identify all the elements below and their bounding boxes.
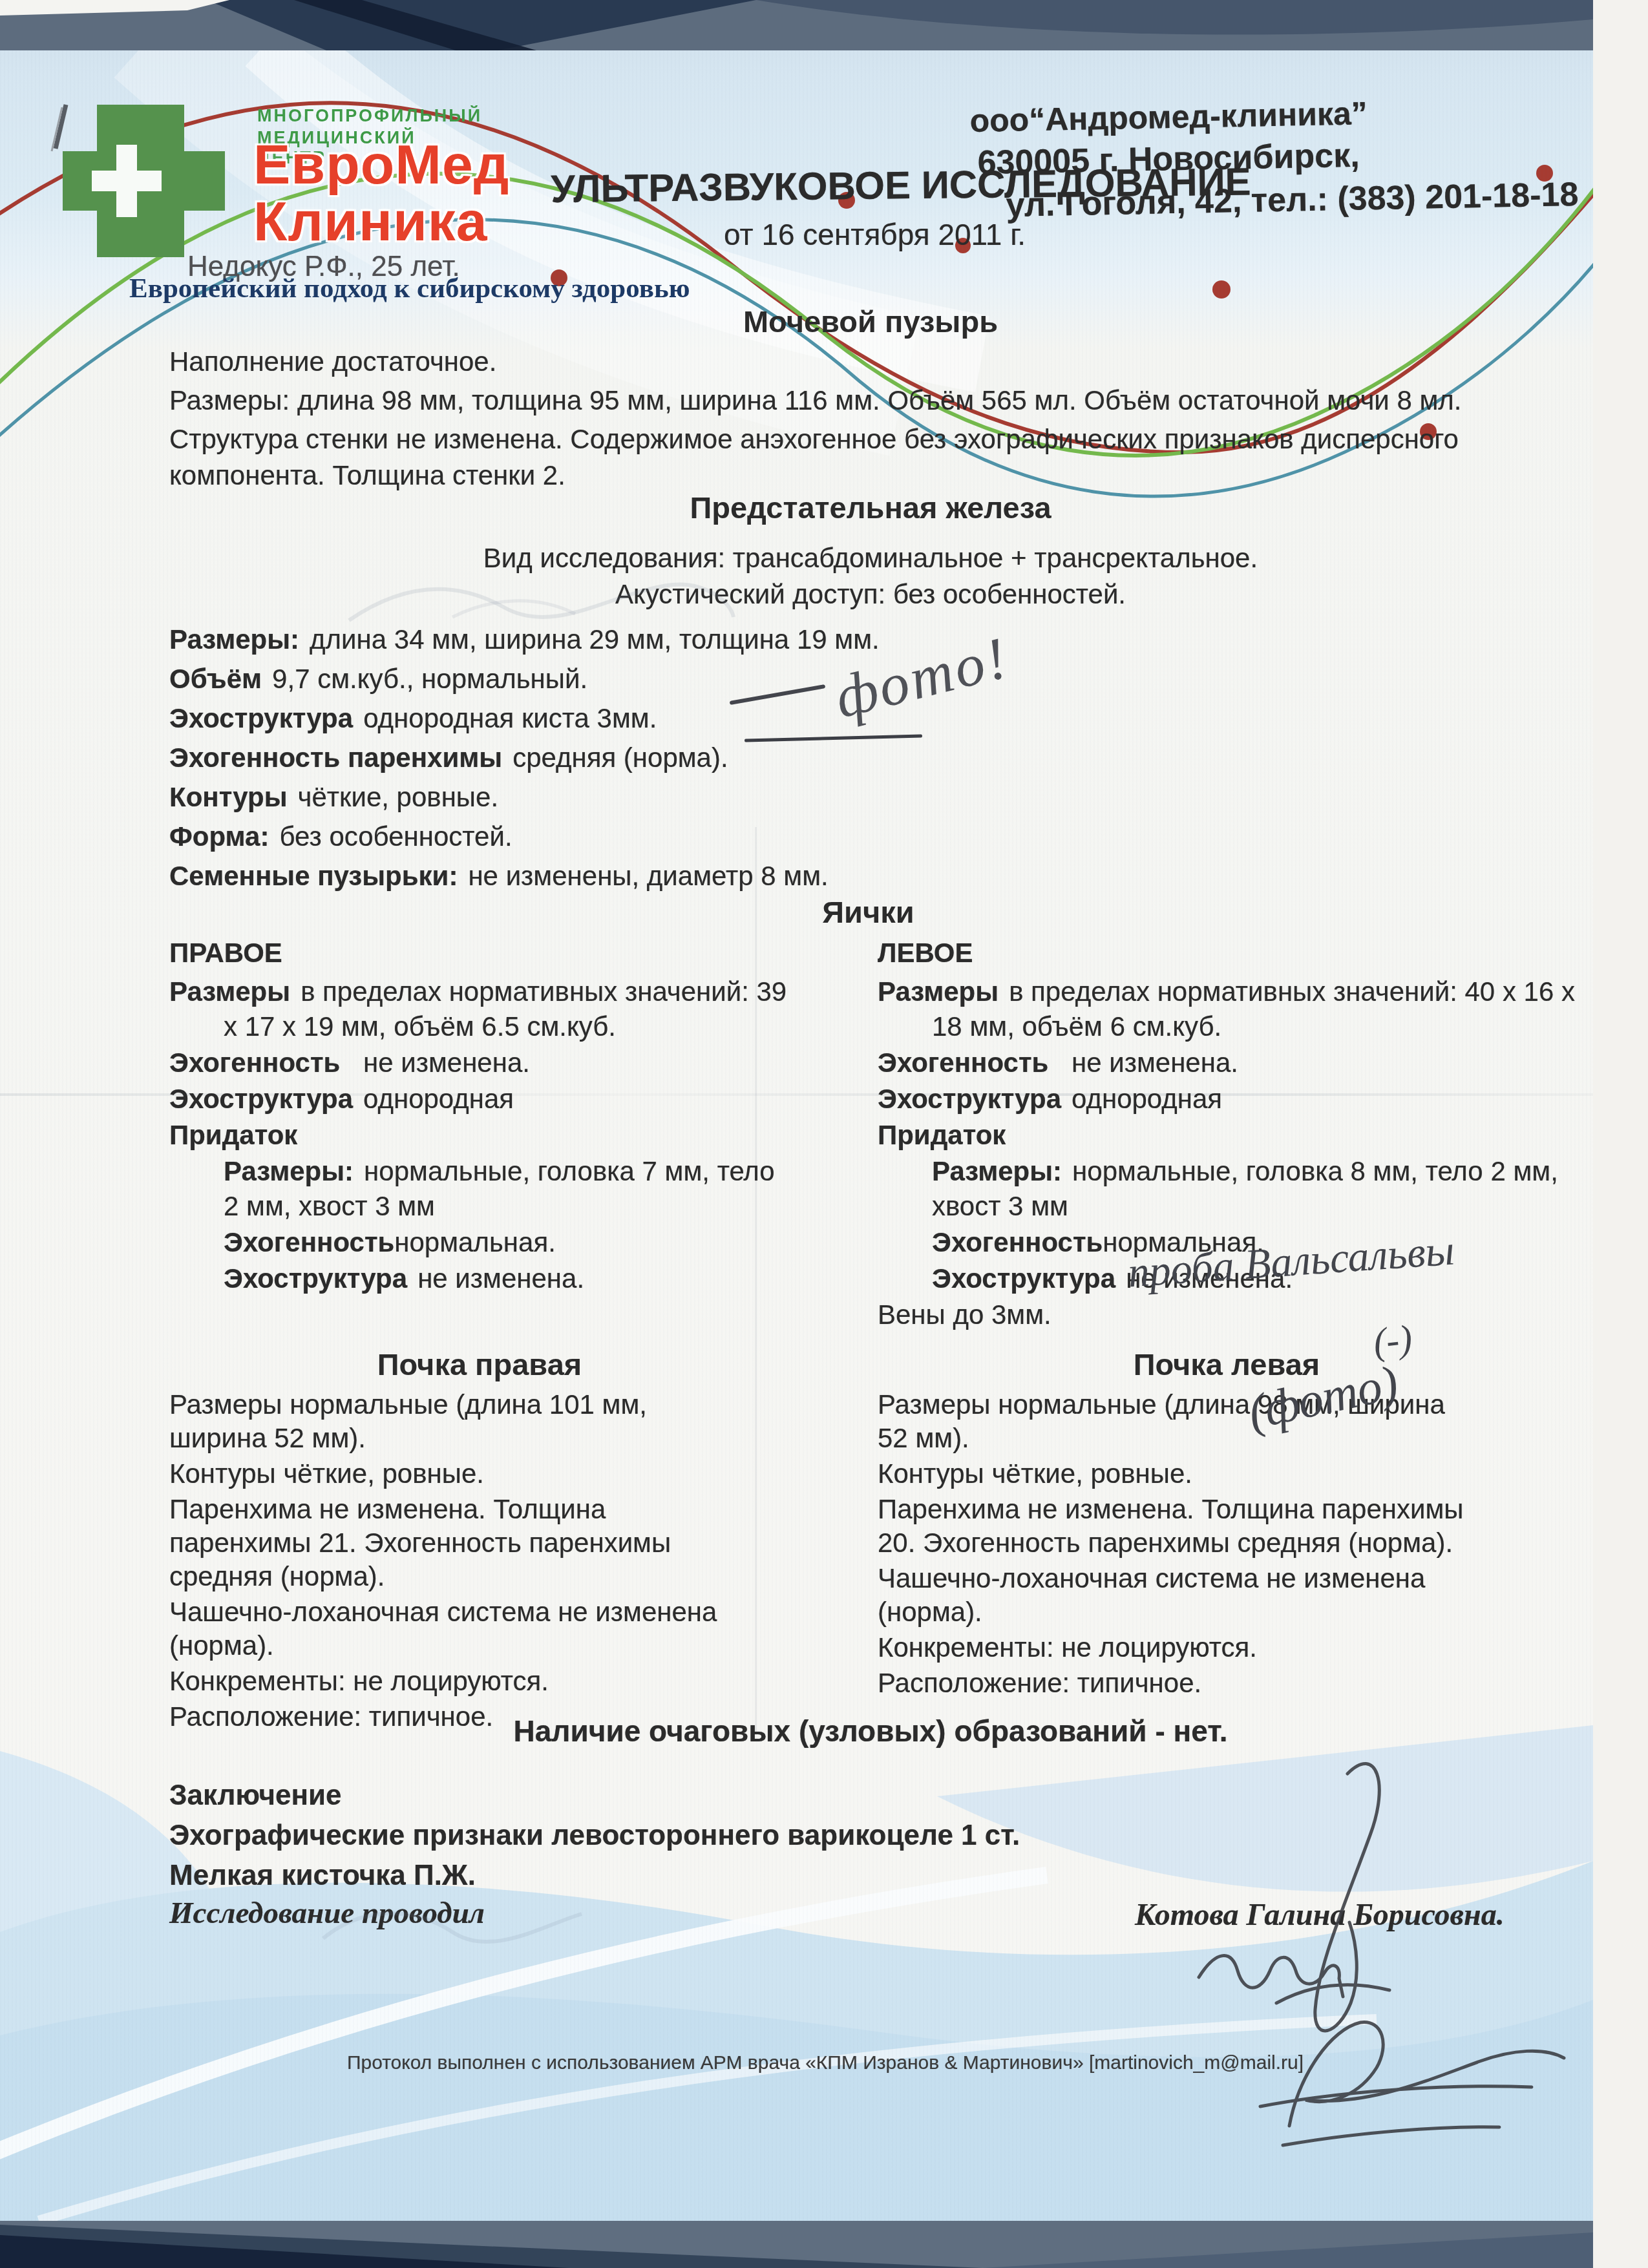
scanner-edge-strip xyxy=(1593,0,1648,2268)
top-scan-band xyxy=(0,0,1593,50)
scanned-document: МНОГОПРОФИЛЬНЫЙ МЕДИЦИНСКИЙ ЦЕНТР ЕвроМе… xyxy=(0,0,1648,2268)
paper-sheet: МНОГОПРОФИЛЬНЫЙ МЕДИЦИНСКИЙ ЦЕНТР ЕвроМе… xyxy=(0,0,1593,2268)
bottom-scan-band xyxy=(0,2221,1593,2268)
doctor-signature xyxy=(1163,1712,1593,2203)
